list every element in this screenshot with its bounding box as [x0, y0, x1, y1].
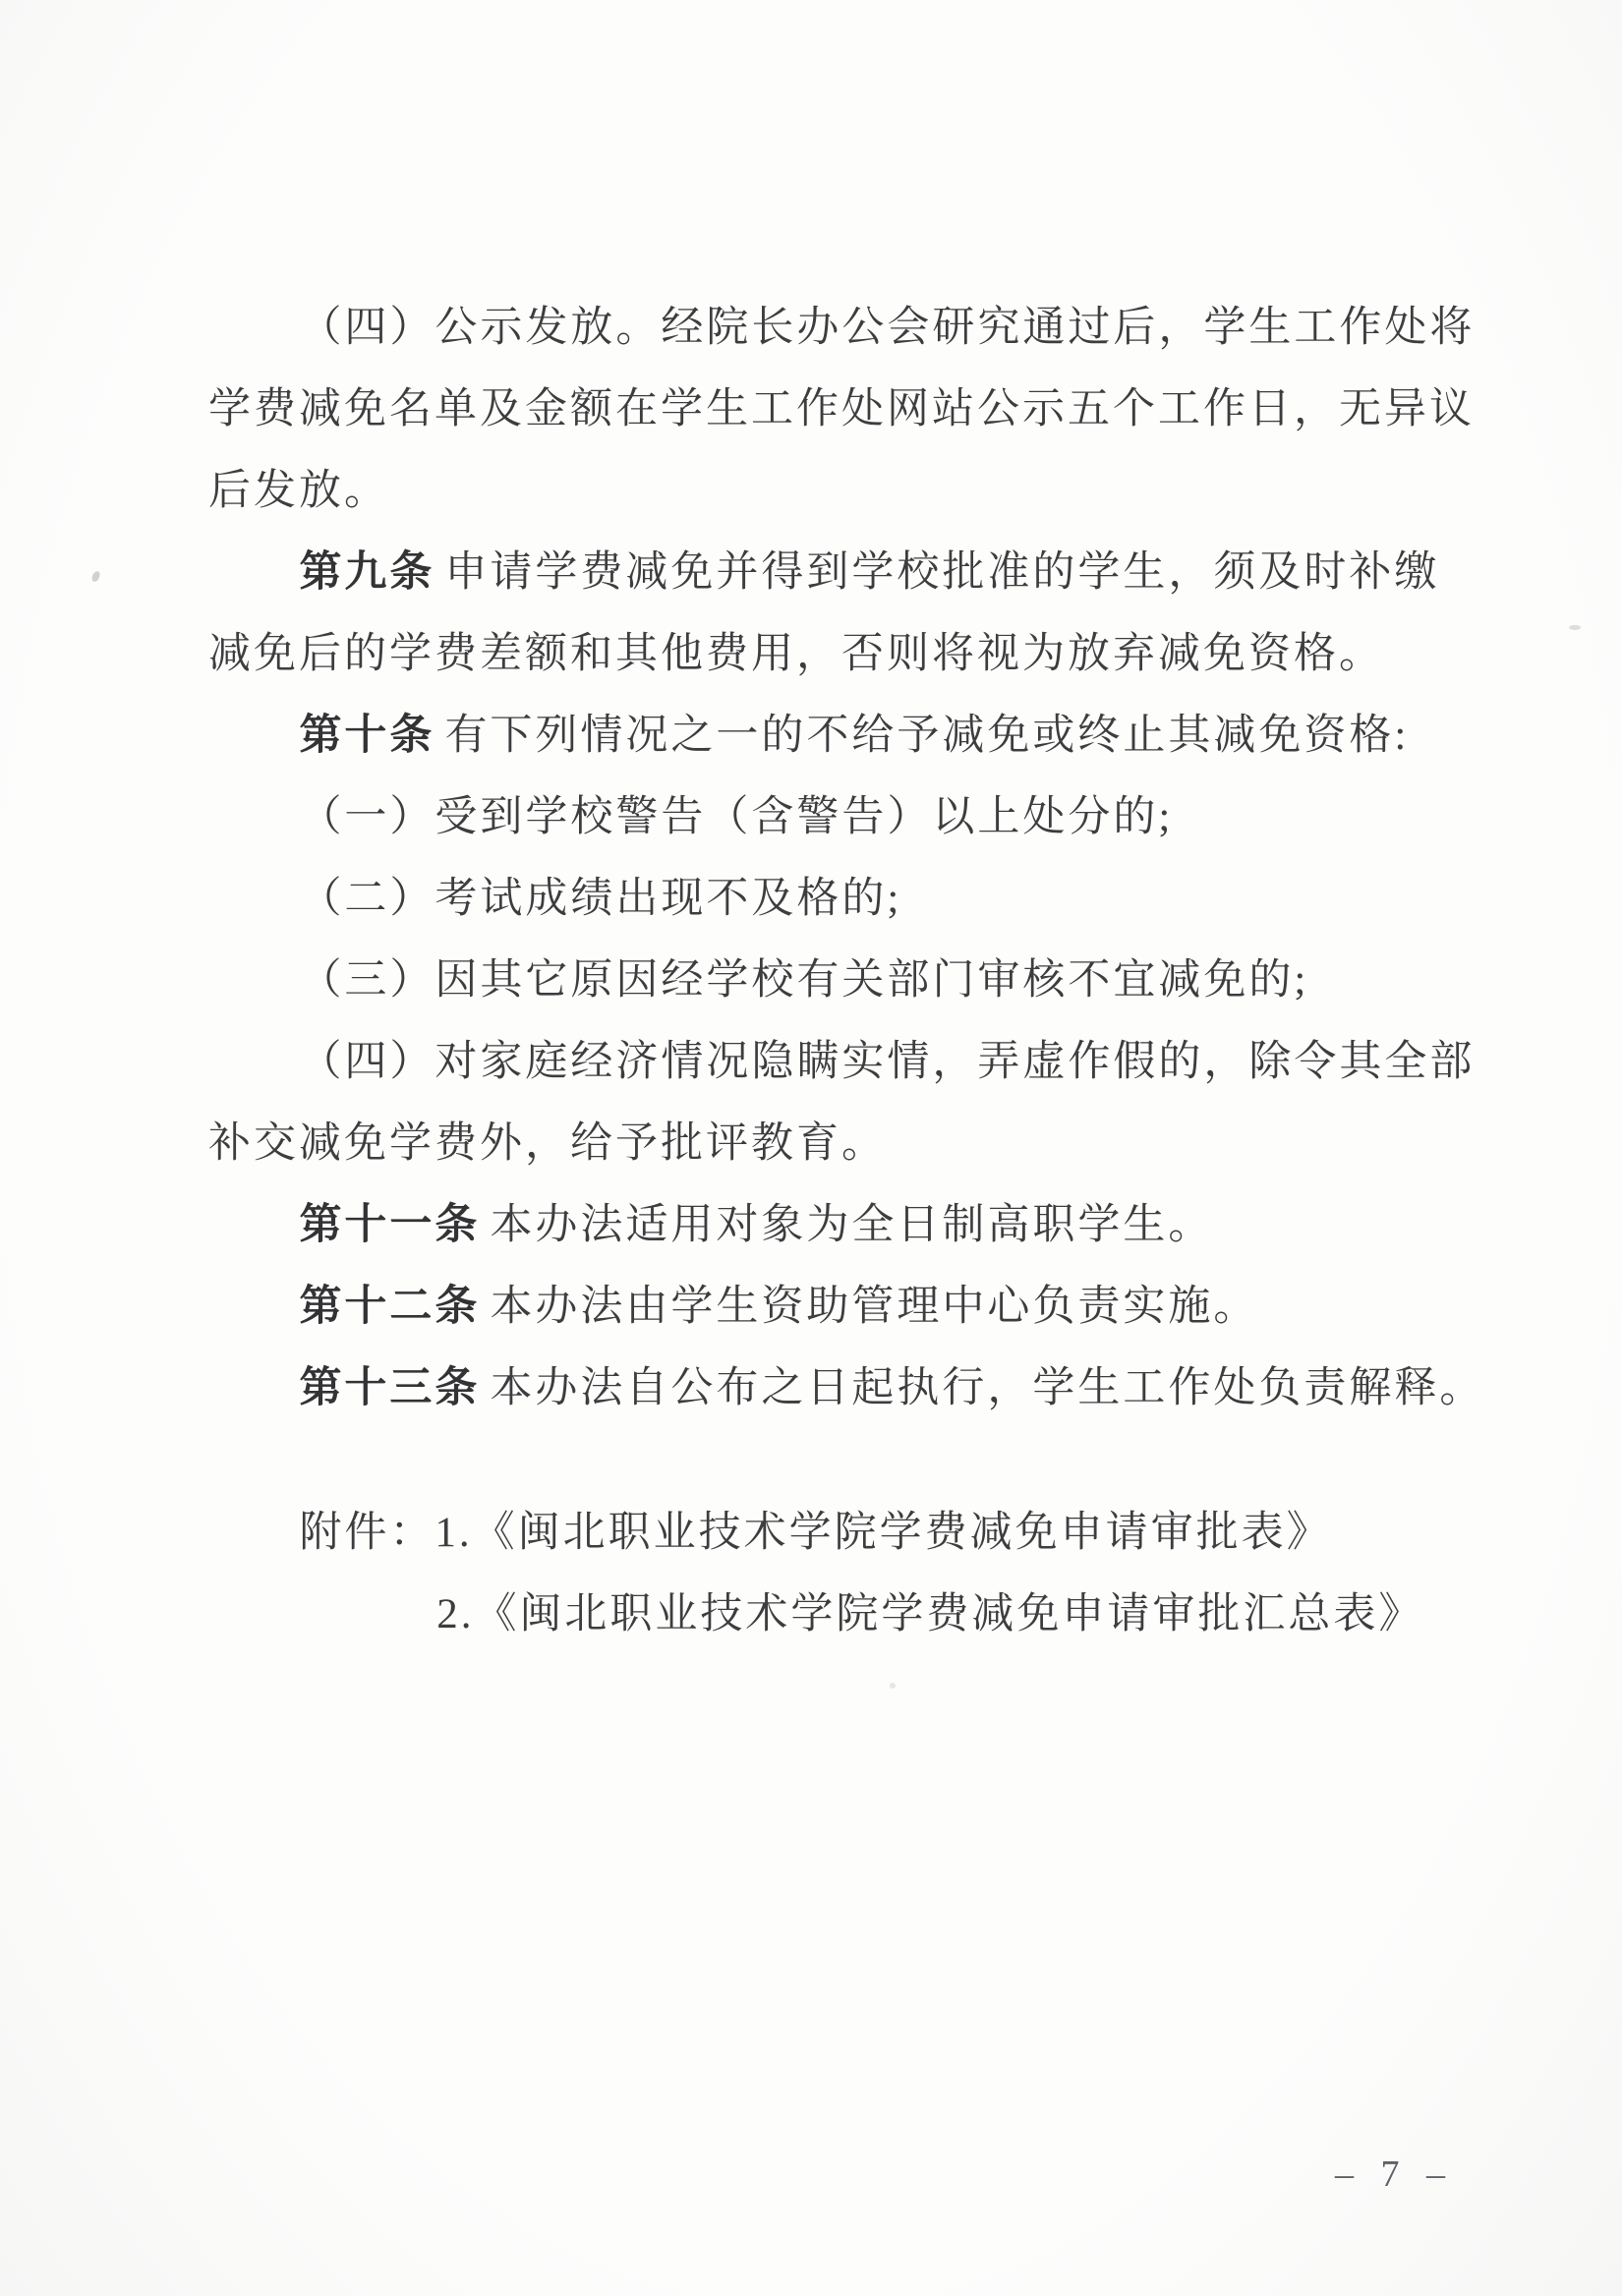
scan-speck	[890, 1683, 896, 1689]
text-line: 第九条申请学费减免并得到学校批准的学生，须及时补缴	[208, 532, 1486, 613]
document-lines: （四）公示发放。经院长办公会研究通过后，学生工作处将学费减免名单及金额在学生工作…	[208, 287, 1486, 1655]
text-run: （四）对家庭经济情况隐瞒实情，弄虚作假的，除令其全部	[299, 1039, 1475, 1085]
scan-speck	[1569, 625, 1581, 630]
text-line: 第十条有下列情况之一的不给予减免或终止其减免资格:	[208, 695, 1486, 776]
text-run: 学费减免名单及金额在学生工作处网站公示五个工作日，无异议	[208, 386, 1475, 432]
text-run: 后发放。	[208, 468, 389, 514]
document-page: （四）公示发放。经院长办公会研究通过后，学生工作处将学费减免名单及金额在学生工作…	[0, 0, 1622, 2296]
text-run: 2.《闽北职业技术学院学费减免申请审批汇总表》	[436, 1591, 1423, 1637]
text-line: （二）考试成绩出现不及格的;	[208, 858, 1486, 940]
text-line: （三）因其它原因经学校有关部门审核不宜减免的;	[208, 940, 1486, 1021]
text-run: 本办法自公布之日起执行，学生工作处负责解释。	[490, 1365, 1484, 1411]
text-run: 补交减免学费外，给予批评教育。	[208, 1120, 887, 1167]
text-run: 附件：1.《闽北职业技术学院学费减免申请审批表》	[299, 1510, 1331, 1556]
text-line: 2.《闽北职业技术学院学费减免申请审批汇总表》	[208, 1574, 1486, 1655]
text-run: 减免后的学费差额和其他费用，否则将视为放弃减免资格。	[208, 631, 1384, 677]
text-run: 有下列情况之一的不给予减免或终止其减免资格:	[444, 713, 1409, 759]
text-run: （一）受到学校警告（含警告）以上处分的;	[299, 794, 1173, 840]
text-line: 第十一条本办法适用对象为全日制高职学生。	[208, 1184, 1486, 1266]
text-line: 学费减免名单及金额在学生工作处网站公示五个工作日，无异议	[208, 369, 1486, 450]
article-number: 第十条	[299, 713, 434, 759]
text-line: 附件：1.《闽北职业技术学院学费减免申请审批表》	[208, 1492, 1486, 1574]
text-line: 第十三条本办法自公布之日起执行，学生工作处负责解释。	[208, 1348, 1486, 1429]
text-line: 后发放。	[208, 450, 1486, 532]
text-run: 本办法由学生资助管理中心负责实施。	[490, 1284, 1258, 1330]
text-line: 第十二条本办法由学生资助管理中心负责实施。	[208, 1266, 1486, 1348]
text-run: 申请学费减免并得到学校批准的学生，须及时补缴	[444, 549, 1439, 596]
text-run: （四）公示发放。经院长办公会研究通过后，学生工作处将	[299, 305, 1475, 351]
text-run: （三）因其它原因经学校有关部门审核不宜减免的;	[299, 957, 1308, 1004]
article-number: 第十二条	[299, 1284, 480, 1330]
text-line: 补交减免学费外，给予批评教育。	[208, 1103, 1486, 1184]
text-line: 减免后的学费差额和其他费用，否则将视为放弃减免资格。	[208, 613, 1486, 695]
text-run: （二）考试成绩出现不及格的;	[299, 876, 901, 922]
text-run: 本办法适用对象为全日制高职学生。	[490, 1202, 1213, 1248]
scan-speck	[90, 570, 100, 583]
article-number: 第十一条	[299, 1202, 480, 1248]
page-number: – 7 –	[1335, 2152, 1454, 2196]
text-line: （四）公示发放。经院长办公会研究通过后，学生工作处将	[208, 287, 1486, 369]
text-line: （一）受到学校警告（含警告）以上处分的;	[208, 776, 1486, 858]
text-line: （四）对家庭经济情况隐瞒实情，弄虚作假的，除令其全部	[208, 1021, 1486, 1103]
article-number: 第十三条	[299, 1365, 480, 1411]
article-number: 第九条	[299, 549, 434, 596]
